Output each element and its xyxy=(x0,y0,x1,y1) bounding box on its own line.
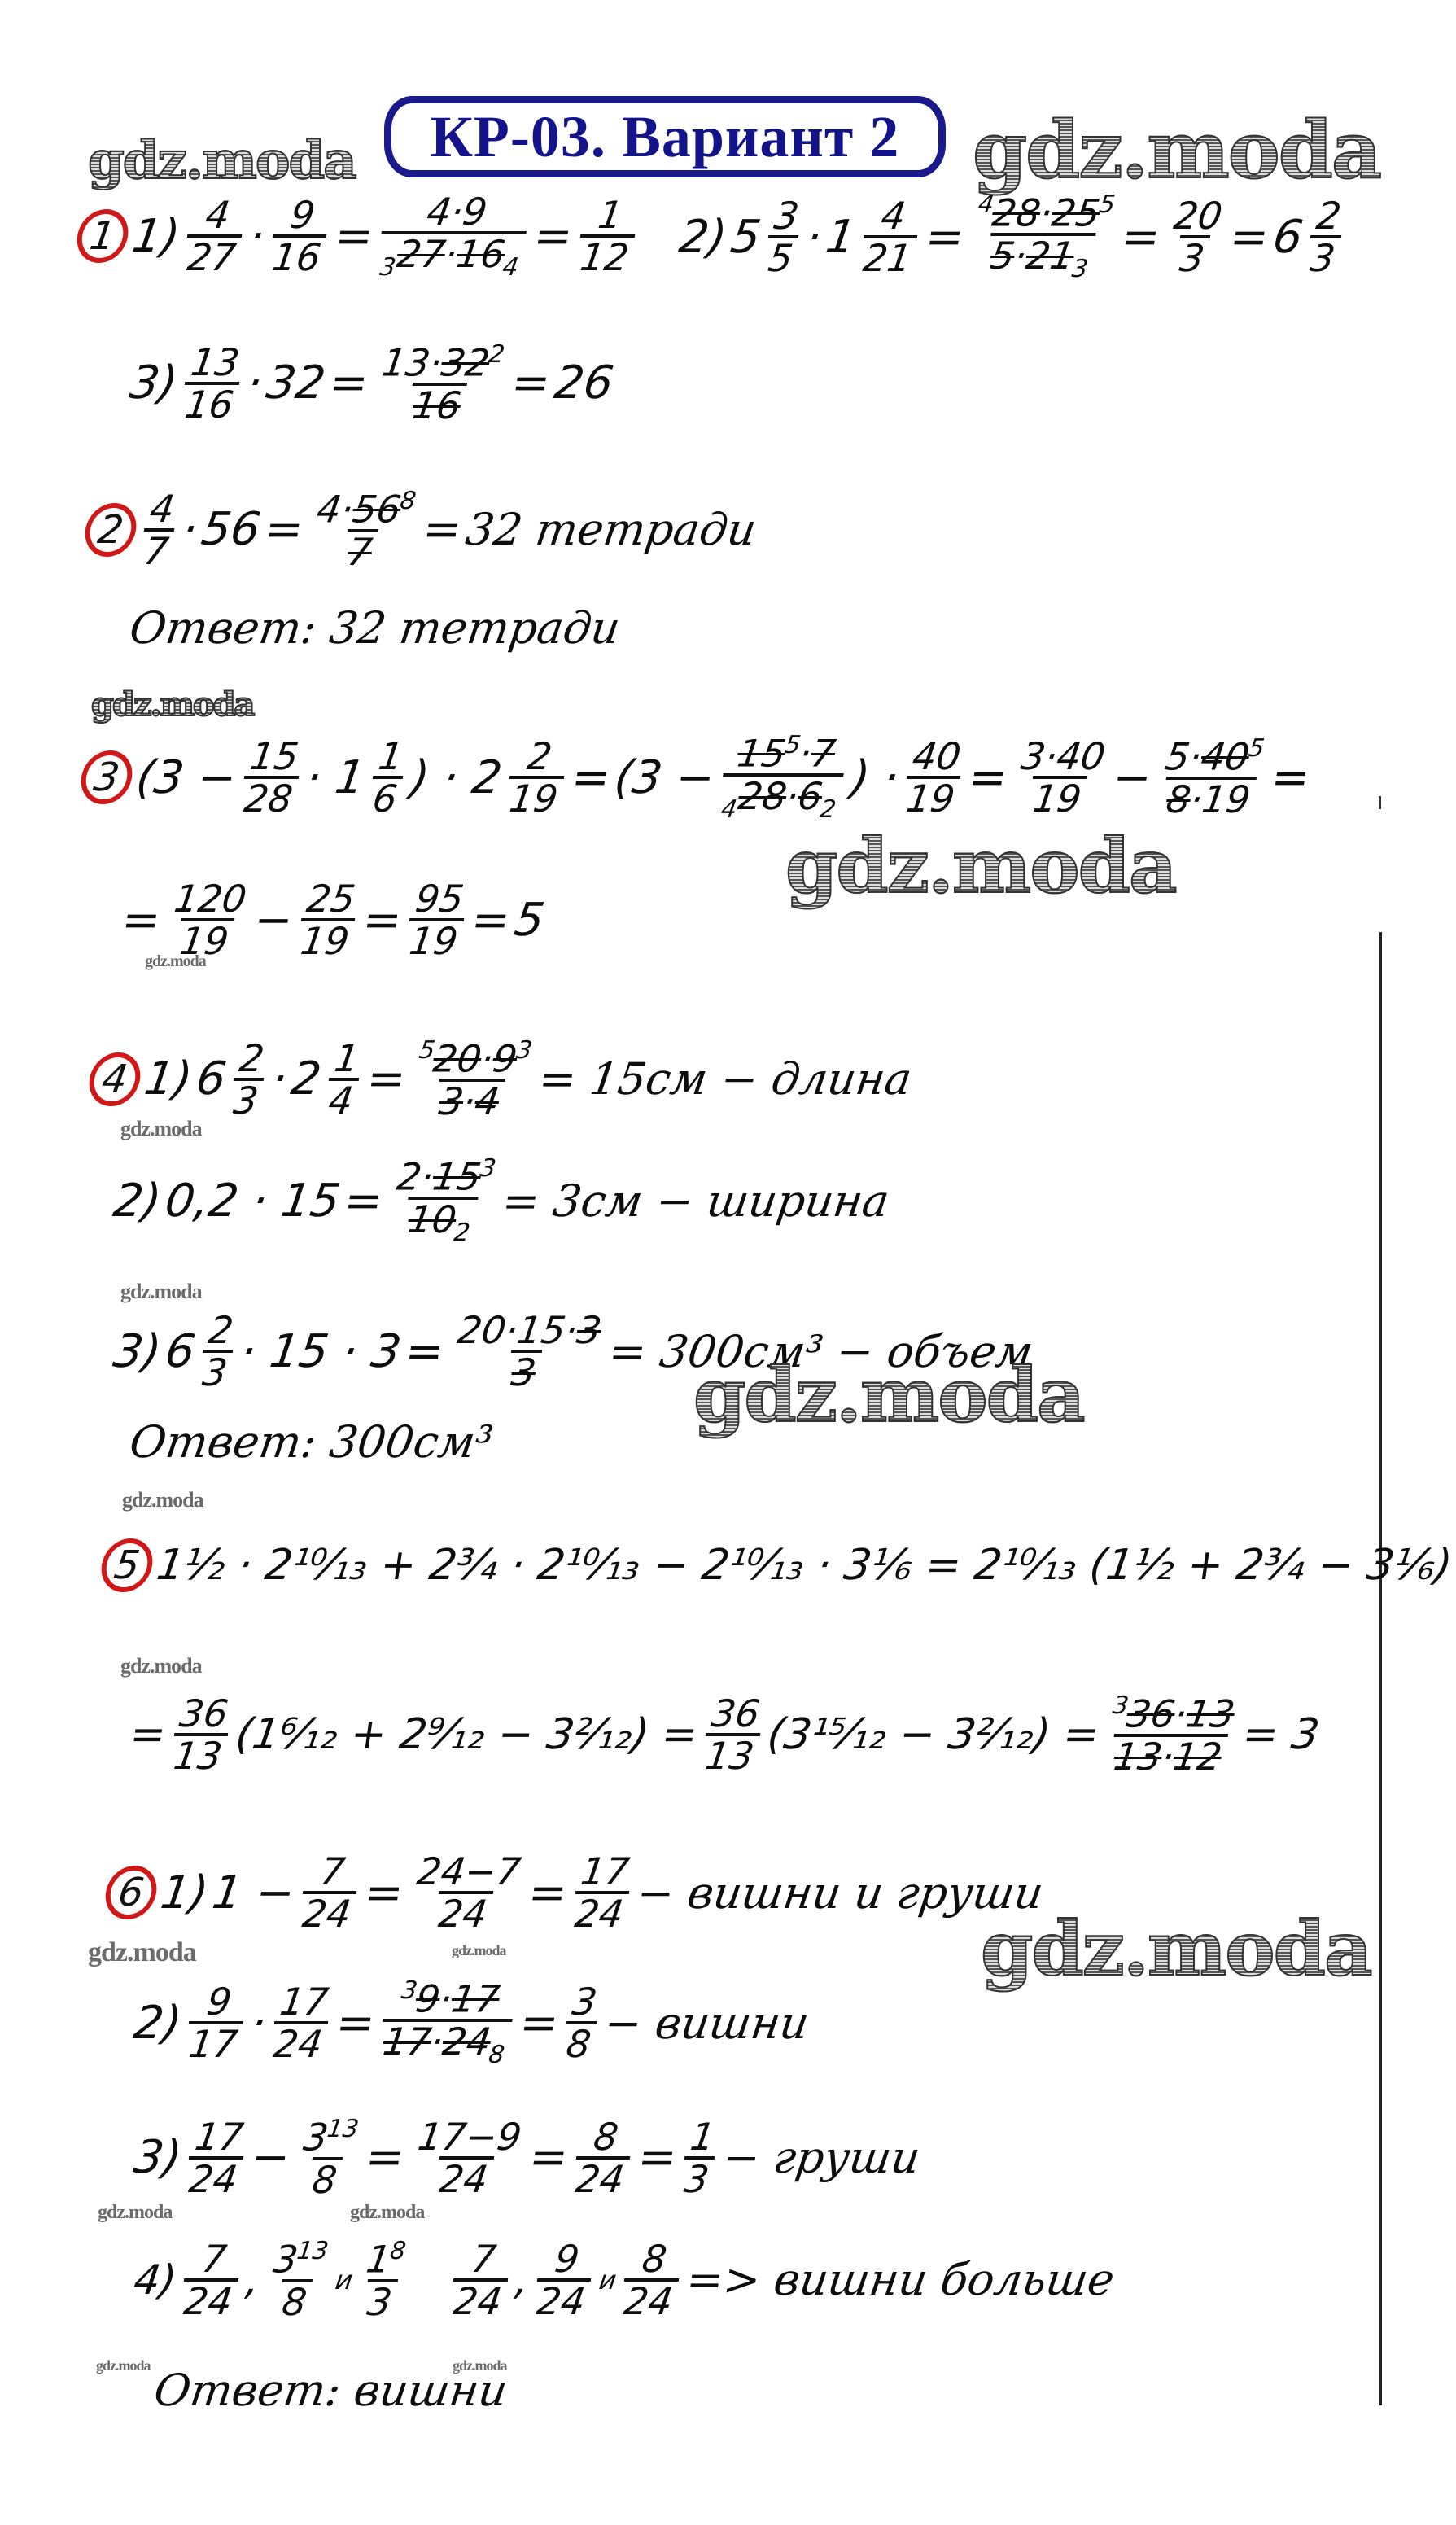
fraction: 428·2555·213 xyxy=(966,192,1120,282)
task-4-part-2: 2) 0,2 · 15= 2·153102 = 3см − ширина xyxy=(107,1156,895,1245)
fraction: 1528 xyxy=(238,737,304,819)
task-2-answer: Ответ: 32 тетради xyxy=(127,602,623,654)
task-6-part-2: 2) 917· 1724= 39·1717·248= 38 − вишни xyxy=(128,1978,815,2068)
watermark: gdz.moda xyxy=(981,1905,1371,1993)
fraction: 4019 xyxy=(901,737,967,819)
watermark: gdz.moda xyxy=(88,1937,196,1968)
task-number-circle: 3 xyxy=(77,750,135,804)
fraction: 219 xyxy=(504,737,570,819)
fraction: 20·15·33 xyxy=(446,1311,607,1393)
fraction: 4·9327·164 xyxy=(375,192,532,281)
fraction: 183 xyxy=(355,2238,411,2322)
fraction: 35 xyxy=(763,196,804,278)
task-5-line-2: = 3613 (1⁶⁄₁₂ + 2⁹⁄₁₂ − 3²⁄₁₂) = 3613 (3… xyxy=(125,1693,1325,1776)
fraction: 13 xyxy=(679,2117,720,2199)
task-1-part-1: 1 1) 427· 916= 4·9327·164= 112 xyxy=(71,192,644,281)
task-6-answer: Ответ: вишни xyxy=(151,2365,511,2416)
task-number-circle: 5 xyxy=(98,1538,155,1592)
watermark: gdz.moda xyxy=(91,685,253,724)
fraction: 724 xyxy=(297,1852,363,1934)
fraction: 4·5687 xyxy=(305,488,421,571)
task-4-answer: Ответ: 300см³ xyxy=(127,1416,496,1468)
task-number-circle: 2 xyxy=(81,503,139,557)
watermark: gdz.moda xyxy=(145,952,206,971)
fraction: 16 xyxy=(367,737,409,819)
task-number-circle: 6 xyxy=(102,1866,160,1919)
margin-tick xyxy=(1379,796,1381,809)
watermark: gdz.moda xyxy=(120,1654,202,1678)
fraction: 23 xyxy=(228,1039,269,1121)
fraction: 38 xyxy=(561,1982,602,2064)
fraction: 3·4019 xyxy=(1009,737,1111,819)
fraction: 47 xyxy=(138,489,180,571)
fraction: 917 xyxy=(183,1982,249,2064)
fraction: 17−924 xyxy=(406,2117,527,2199)
fraction: 3138 xyxy=(292,2116,364,2199)
fraction: 13·32216 xyxy=(370,342,509,425)
fraction: 1316 xyxy=(179,343,245,425)
watermark: gdz.moda xyxy=(96,2357,151,2374)
fraction: 2519 xyxy=(295,879,361,961)
fraction: 2·153102 xyxy=(384,1156,501,1245)
fraction: 724 xyxy=(448,2239,514,2322)
task-6-part-3: 3) 1724− 3138= 17−924= 824= 13 − груши xyxy=(129,2116,925,2199)
fraction: 203 xyxy=(1162,196,1228,278)
watermark: gdz.moda xyxy=(98,2202,172,2224)
task-6-part-1: 6 1) 1 − 724= 24−724= 1724 − вишни и гру… xyxy=(100,1852,1049,1934)
task-number-circle: 4 xyxy=(85,1052,143,1106)
watermark: gdz.moda xyxy=(452,1942,506,1959)
fraction-result: 23 xyxy=(1305,196,1346,278)
fraction: 3138 xyxy=(262,2238,334,2322)
title-box: КР-03. Вариант 2 xyxy=(384,96,946,177)
fraction: 427 xyxy=(181,195,247,278)
task-1-part-3: 3) 1316· 32= 13·32216= 26 xyxy=(125,342,619,425)
fraction: 3613 xyxy=(700,1694,766,1776)
fraction: 724 xyxy=(178,2239,244,2322)
task-3-line-2: = 12019− 2519= 9519= 5 xyxy=(116,879,549,961)
watermark: gdz.moda xyxy=(122,1488,203,1512)
task-5-line-1: 5 1½ · 2¹⁰⁄₁₃ + 2¾ · 2¹⁰⁄₁₃ − 2¹⁰⁄₁₃ · 3… xyxy=(98,1538,1456,1592)
fraction: 1724 xyxy=(183,2117,249,2199)
task-1-part-2: 2) 5 35· 1 421= 428·2555·213= 203= 6 23 xyxy=(673,192,1350,282)
fraction: 1724 xyxy=(269,1982,334,2064)
fraction: 824 xyxy=(619,2239,684,2322)
fraction: 155·7428·62 xyxy=(716,733,850,822)
fraction: 14 xyxy=(323,1039,365,1121)
fraction: 23 xyxy=(197,1311,238,1393)
watermark: gdz.moda xyxy=(693,1351,1084,1439)
fraction: 421 xyxy=(858,196,924,278)
fraction: 3613 xyxy=(168,1694,234,1776)
page-title: КР-03. Вариант 2 xyxy=(431,103,900,171)
fraction: 924 xyxy=(531,2239,597,2322)
fraction: 520·933·4 xyxy=(408,1038,537,1121)
task-4-part-1: 4 1) 6 23· 2 14= 520·933·4 = 15см − длин… xyxy=(84,1038,917,1121)
watermark: gdz.moda xyxy=(785,822,1176,910)
fraction-result: 112 xyxy=(575,195,641,278)
watermark: gdz.moda xyxy=(120,1117,202,1141)
fraction: 824 xyxy=(571,2117,636,2199)
task-number-circle: 1 xyxy=(73,209,131,263)
fraction: 916 xyxy=(267,195,333,278)
fraction: 1724 xyxy=(570,1852,636,1934)
fraction: 39·1717·248 xyxy=(377,1978,518,2068)
watermark: gdz.moda xyxy=(350,2202,424,2224)
task-2: 2 47· 56= 4·5687= 32 тетради xyxy=(80,488,762,571)
task-6-part-4: 4) 724, 3138 и 183 724, 924 и 824 => виш… xyxy=(129,2238,1120,2322)
fraction: 5·4058·19 xyxy=(1154,736,1270,819)
fraction: 24−724 xyxy=(405,1852,526,1934)
watermark: gdz.moda xyxy=(973,104,1380,196)
watermark: gdz.moda xyxy=(88,130,356,191)
watermark: gdz.moda xyxy=(120,1280,202,1304)
margin-line xyxy=(1379,932,1382,2405)
fraction: 12019 xyxy=(163,879,252,961)
task-3-line-1: 3 (3 − 1528 · 1 16 ) · 2 219 = (3 − 155·… xyxy=(75,733,1316,822)
fraction: 336·1313·12 xyxy=(1101,1693,1240,1776)
fraction: 9519 xyxy=(404,879,470,961)
